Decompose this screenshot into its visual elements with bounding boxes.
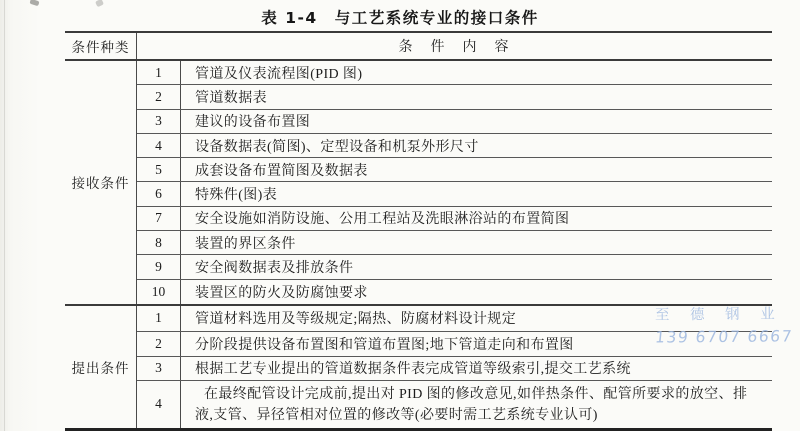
table-row: 9 安全阀数据表及排放条件 <box>137 255 772 279</box>
table-row: 4 在最终配管设计完成前,提出对 PID 图的修改意见,如伴热条件、配管所要求的… <box>137 381 772 428</box>
row-number: 9 <box>137 255 181 278</box>
category-label: 提出条件 <box>65 306 137 428</box>
table-row: 8 装置的界区条件 <box>137 231 772 255</box>
row-number: 4 <box>137 381 181 428</box>
row-number: 2 <box>137 332 181 356</box>
row-number: 10 <box>137 280 181 304</box>
section-propose-conditions: 提出条件 1 管道材料选用及等级规定;隔热、防腐材料设计规定 2 分阶段提供设备… <box>65 304 772 428</box>
table-row: 3 建议的设备布置图 <box>137 110 772 134</box>
row-content: 分阶段提供设备布置图和管道布置图;地下管道走向和布置图 <box>181 332 772 356</box>
table-row: 1 管道材料选用及等级规定;隔热、防腐材料设计规定 <box>137 306 772 332</box>
page-edge-scan-line <box>4 0 5 431</box>
table-row: 5 成套设备布置简图及数据表 <box>137 158 772 182</box>
interface-conditions-table: 条件种类 条 件 内 容 接收条件 1 管道及仪表流程图(PID 图) 2 管道… <box>65 31 772 431</box>
section-rows: 1 管道及仪表流程图(PID 图) 2 管道数据表 3 建议的设备布置图 4 设… <box>137 61 772 304</box>
row-content: 安全阀数据表及排放条件 <box>181 255 772 278</box>
table-row: 7 安全设施如消防设施、公用工程站及洗眼淋浴站的布置简图 <box>137 207 772 231</box>
row-content: 管道及仪表流程图(PID 图) <box>181 61 772 84</box>
row-content: 成套设备布置简图及数据表 <box>181 158 772 181</box>
table-row: 3 根据工艺专业提出的管道数据条件表完成管道等级索引,提交工艺系统 <box>137 357 772 381</box>
header-condition-type: 条件种类 <box>65 33 137 59</box>
scanned-page: 表 1-4 与工艺系统专业的接口条件 条件种类 条 件 内 容 接收条件 1 管… <box>0 0 800 431</box>
table-row: 2 管道数据表 <box>137 85 772 109</box>
row-number: 8 <box>137 231 181 254</box>
table-row: 6 特殊件(图)表 <box>137 182 772 206</box>
table-row: 10 装置区的防火及防腐蚀要求 <box>137 280 772 304</box>
table-row: 2 分阶段提供设备布置图和管道布置图;地下管道走向和布置图 <box>137 332 772 357</box>
row-content: 特殊件(图)表 <box>181 182 772 205</box>
category-label: 接收条件 <box>65 61 137 304</box>
row-number: 6 <box>137 182 181 205</box>
row-content: 设备数据表(简图)、定型设备和机泵外形尺寸 <box>181 134 772 157</box>
table-title: 表 1-4 与工艺系统专业的接口条件 <box>0 6 800 28</box>
row-content: 管道数据表 <box>181 85 772 108</box>
row-number: 5 <box>137 158 181 181</box>
row-number: 3 <box>137 110 181 133</box>
row-content: 管道材料选用及等级规定;隔热、防腐材料设计规定 <box>181 306 772 331</box>
table-row: 1 管道及仪表流程图(PID 图) <box>137 61 772 85</box>
row-number: 2 <box>137 85 181 108</box>
row-content: 在最终配管设计完成前,提出对 PID 图的修改意见,如伴热条件、配管所要求的放空… <box>181 381 772 428</box>
row-number: 4 <box>137 134 181 157</box>
row-number: 1 <box>137 306 181 331</box>
table-row: 4 设备数据表(简图)、定型设备和机泵外形尺寸 <box>137 134 772 158</box>
row-content: 建议的设备布置图 <box>181 110 772 133</box>
row-content: 装置区的防火及防腐蚀要求 <box>181 280 772 304</box>
table-header-row: 条件种类 条 件 内 容 <box>65 33 772 61</box>
header-condition-content: 条 件 内 容 <box>137 33 772 59</box>
row-content: 装置的界区条件 <box>181 231 772 254</box>
section-rows: 1 管道材料选用及等级规定;隔热、防腐材料设计规定 2 分阶段提供设备布置图和管… <box>137 306 772 428</box>
row-number: 1 <box>137 61 181 84</box>
row-number: 3 <box>137 357 181 380</box>
section-receive-conditions: 接收条件 1 管道及仪表流程图(PID 图) 2 管道数据表 3 建议的设备布置… <box>65 61 772 304</box>
row-content: 安全设施如消防设施、公用工程站及洗眼淋浴站的布置简图 <box>181 207 772 230</box>
row-number: 7 <box>137 207 181 230</box>
row-content: 根据工艺专业提出的管道数据条件表完成管道等级索引,提交工艺系统 <box>181 357 772 380</box>
